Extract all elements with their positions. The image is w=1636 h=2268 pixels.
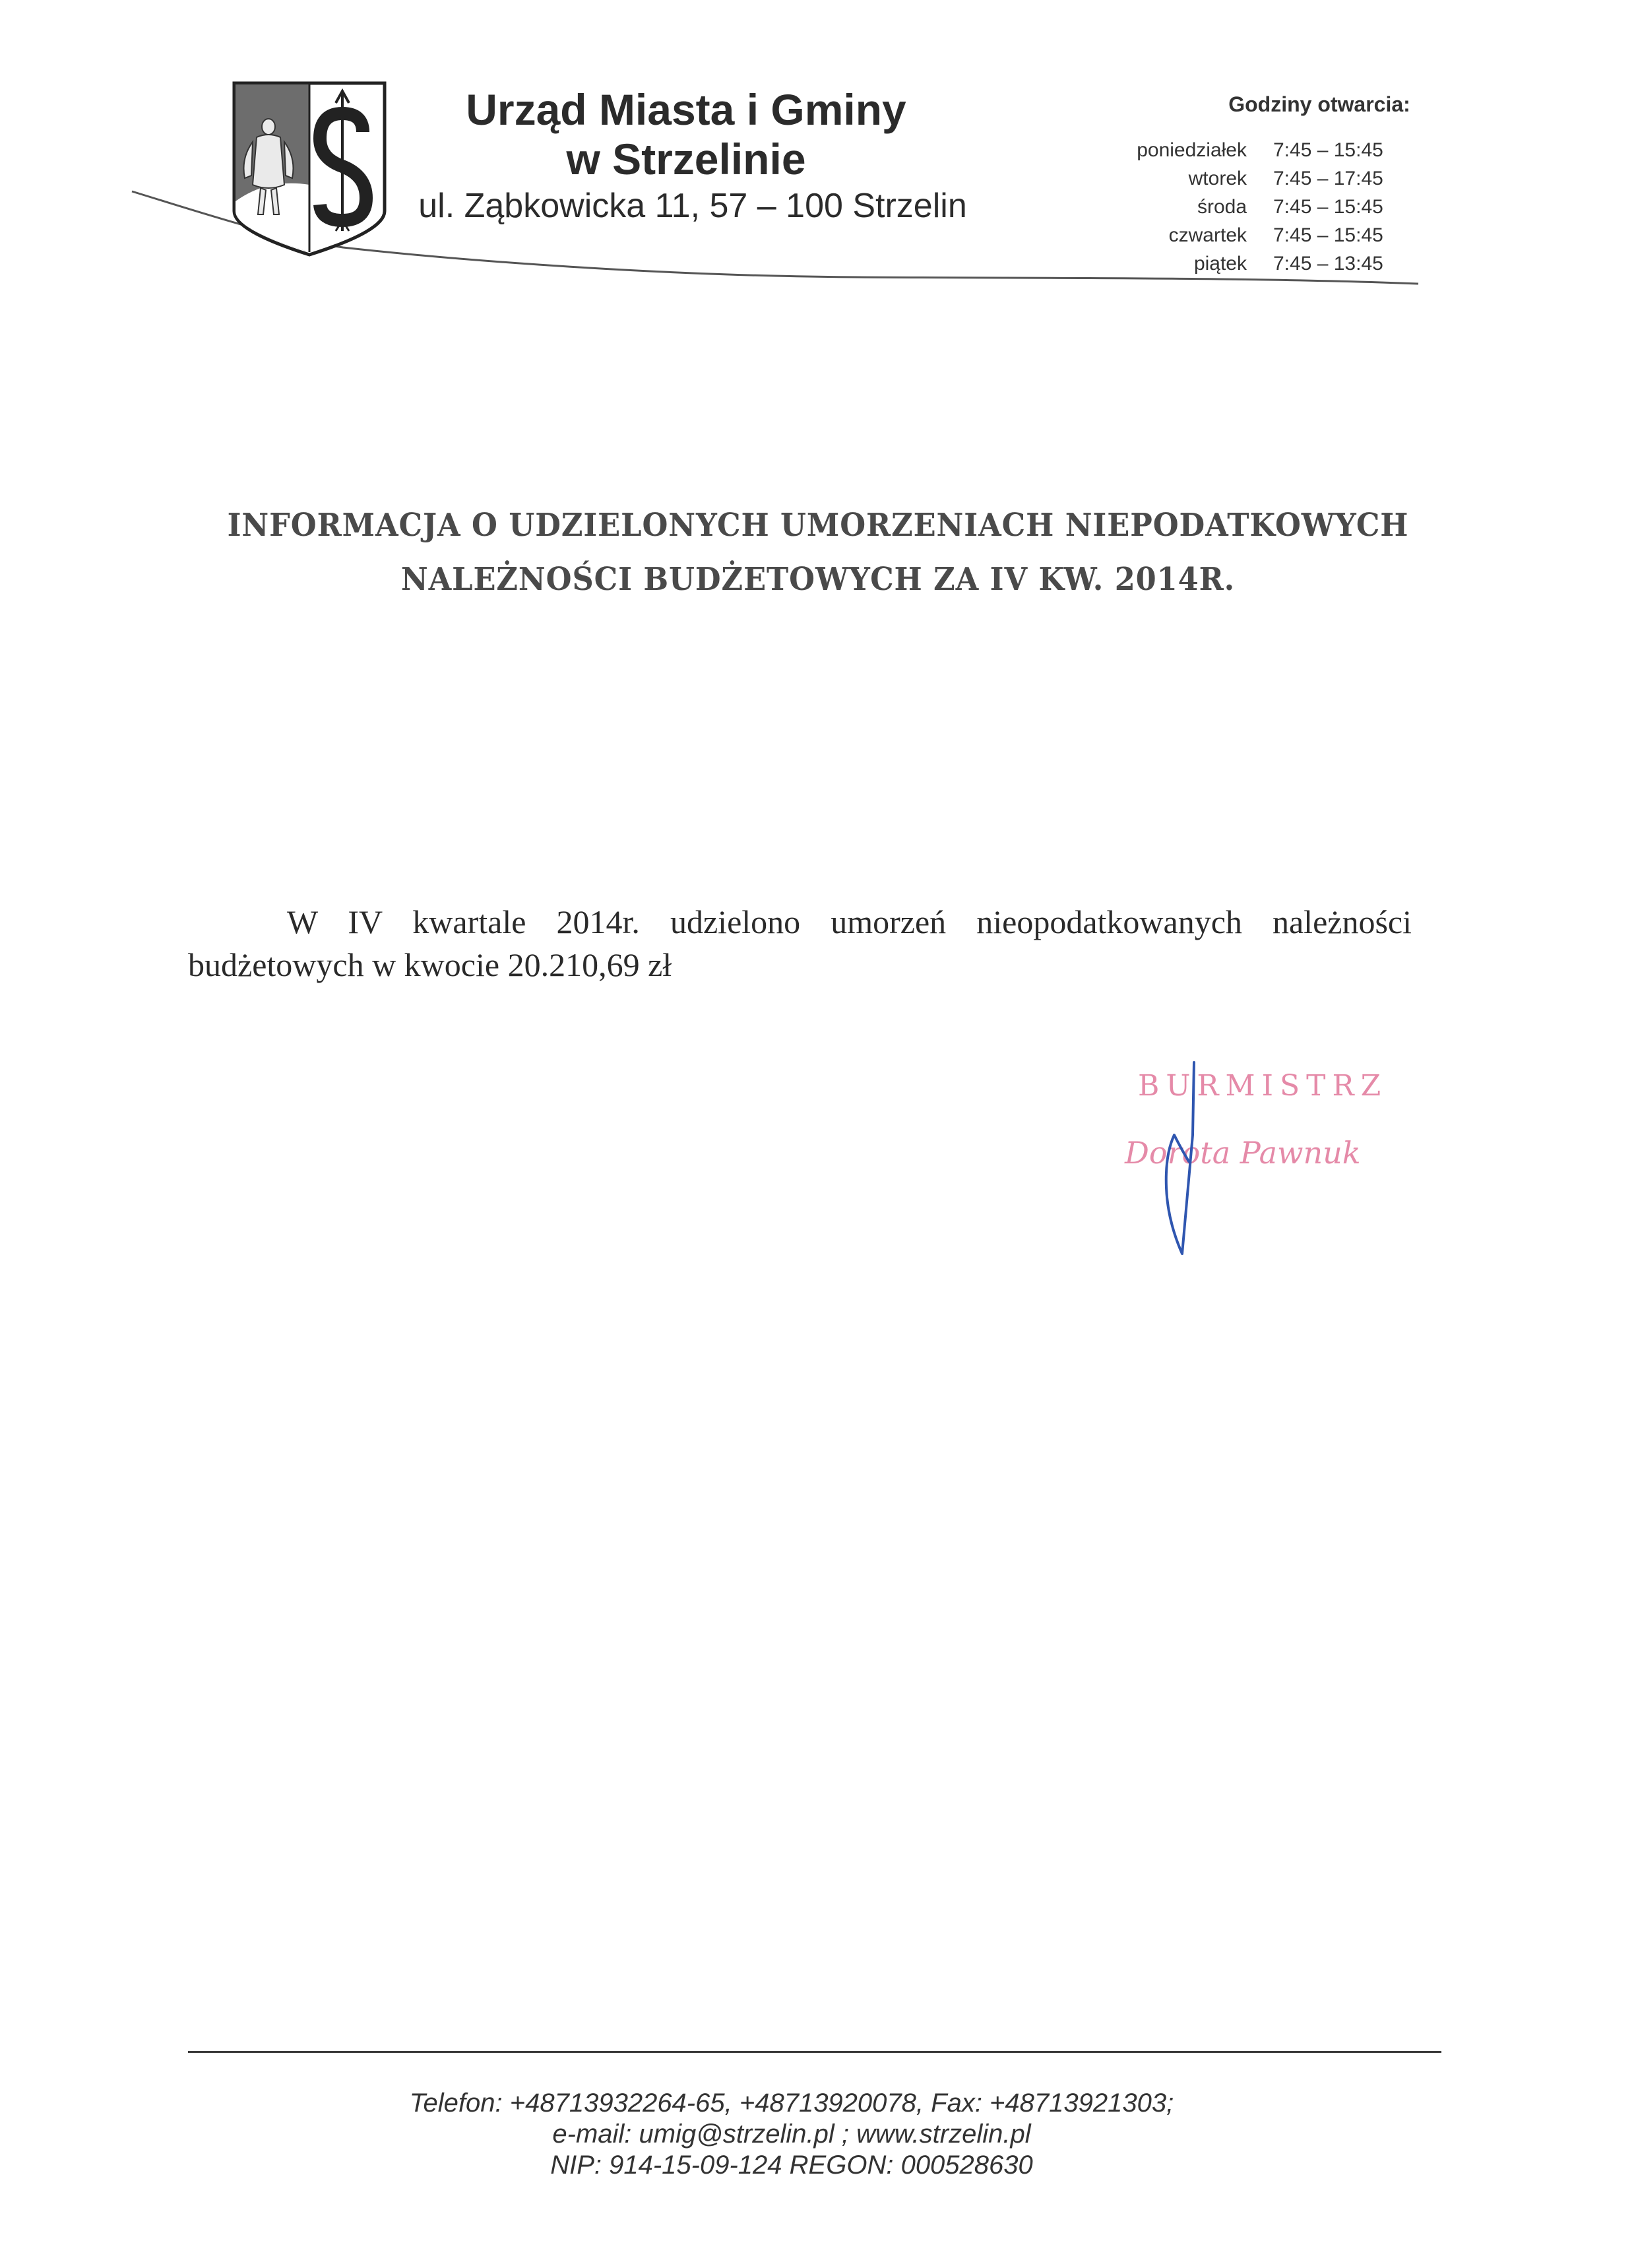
organization-name: Urząd Miasta i Gminy — [422, 84, 950, 135]
document-title-line-2: NALEŻNOŚCI BUDŻETOWYCH ZA IV KW. 2014R. — [180, 561, 1456, 598]
hours-time: 7:45 – 13:45 — [1273, 249, 1431, 278]
hours-day: czwartek — [1121, 221, 1273, 249]
hours-time: 7:45 – 17:45 — [1273, 164, 1431, 193]
coat-of-arms-icon — [228, 79, 391, 257]
hours-row: wtorek7:45 – 17:45 — [1121, 164, 1431, 193]
hours-day: środa — [1121, 193, 1273, 221]
hours-time: 7:45 – 15:45 — [1273, 193, 1431, 221]
footer-phone: Telefon: +48713932264-65, +48713920078, … — [264, 2089, 1319, 2118]
hours-day: piątek — [1121, 249, 1273, 278]
body-paragraph-line-1: W IV kwartale 2014r. udzielono umorzeń n… — [188, 903, 1412, 941]
opening-hours-table: poniedziałek7:45 – 15:45 wtorek7:45 – 17… — [1121, 136, 1431, 278]
hours-row: środa7:45 – 15:45 — [1121, 193, 1431, 221]
hours-row: poniedziałek7:45 – 15:45 — [1121, 136, 1431, 164]
hours-day: wtorek — [1121, 164, 1273, 193]
hours-time: 7:45 – 15:45 — [1273, 221, 1431, 249]
footer-tax-ids: NIP: 914-15-09-124 REGON: 000528630 — [264, 2151, 1319, 2180]
opening-hours-title: Godziny otwarcia: — [1135, 92, 1504, 117]
hours-row: czwartek7:45 – 15:45 — [1121, 221, 1431, 249]
organization-name-location: w Strzelinie — [422, 134, 950, 184]
footer-divider — [188, 2051, 1441, 2053]
hours-day: poniedziałek — [1121, 136, 1273, 164]
footer-email-website: e-mail: umig@strzelin.pl ; www.strzelin.… — [264, 2120, 1319, 2149]
organization-address: ul. Ząbkowicka 11, 57 – 100 Strzelin — [409, 186, 976, 226]
hours-row: piątek7:45 – 13:45 — [1121, 249, 1431, 278]
document-title-line-1: INFORMACJA O UDZIELONYCH UMORZENIACH NIE… — [180, 507, 1456, 544]
hours-time: 7:45 – 15:45 — [1273, 136, 1431, 164]
signature-icon — [1148, 1056, 1240, 1267]
body-paragraph-line-2: budżetowych w kwocie 20.210,69 zł — [188, 946, 672, 984]
